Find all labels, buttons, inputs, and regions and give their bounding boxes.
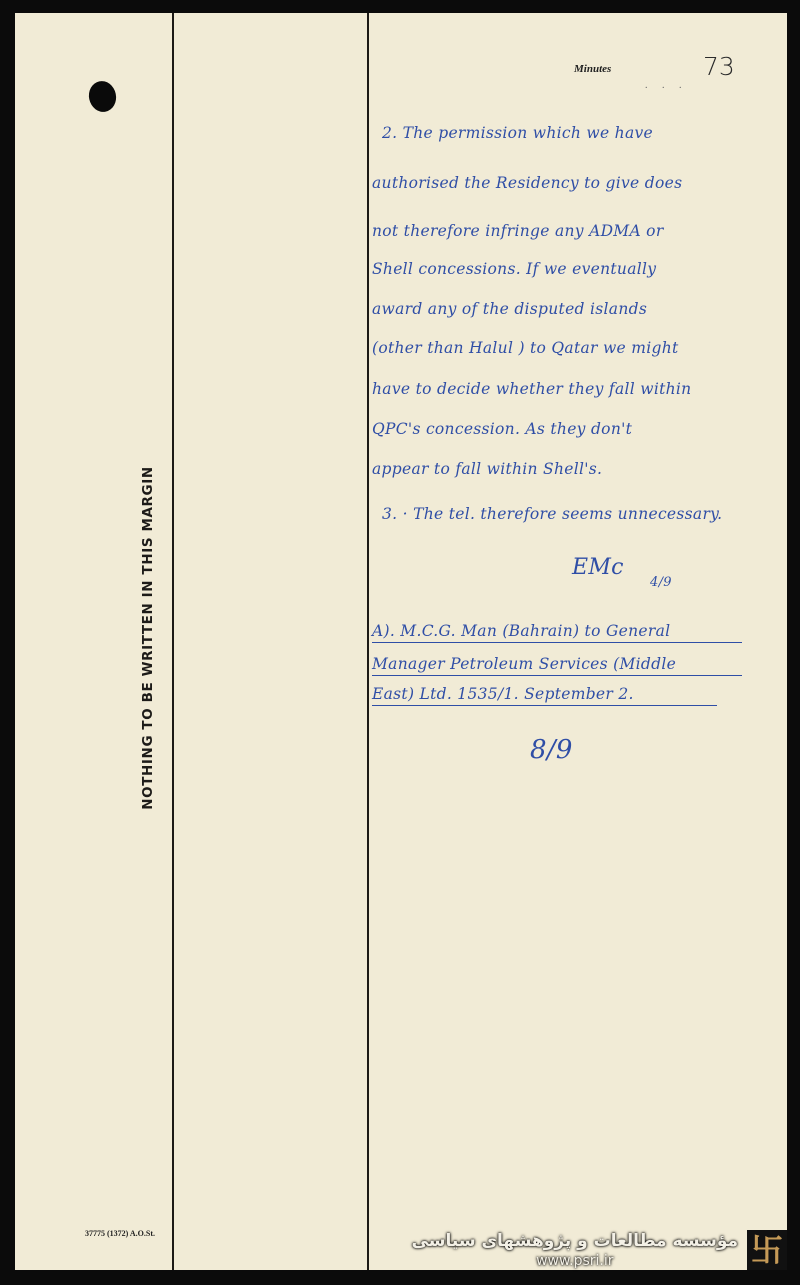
minutes-label: Minutes (574, 63, 611, 75)
handwritten-line: (other than Halul ) to Qatar we might (372, 339, 679, 357)
margin-warning: NOTHING TO BE WRITTEN IN THIS MARGIN (140, 466, 156, 810)
signature: EMc (572, 555, 624, 580)
footer-url: www.psri.ir (412, 1252, 738, 1270)
form-code: 37775 (1372) A.O.St. (85, 1229, 155, 1238)
footer-title: مؤسسه مطالعات و پژوهشهای سیاسی (412, 1230, 738, 1252)
handwritten-line: 2. The permission which we have (382, 124, 653, 142)
handwritten-line: not therefore infringe any ADMA or (372, 222, 664, 240)
reference-line: Manager Petroleum Services (Middle (372, 655, 742, 676)
handwritten-line: have to decide whether they fall within (372, 380, 691, 398)
punch-hole (86, 79, 119, 115)
signature-date: 4/9 (650, 575, 672, 590)
reference-line: A). M.C.G. Man (Bahrain) to General (372, 622, 742, 643)
page-number: 73 (703, 52, 735, 81)
footer-watermark: مؤسسه مطالعات و پژوهشهای سیاسی www.psri.… (412, 1230, 738, 1270)
handwritten-line: award any of the disputed islands (372, 300, 647, 318)
handwritten-line: authorised the Residency to give does (372, 174, 682, 192)
psri-logo-icon: 卐 (747, 1230, 787, 1270)
handwritten-line: appear to fall within Shell's. (372, 460, 602, 478)
margin-rule-right (367, 13, 369, 1270)
handwritten-line: QPC's concession. As they don't (372, 420, 632, 438)
header-dots: . . . (645, 80, 688, 91)
initials: 8/9 (530, 735, 573, 765)
handwritten-line: Shell concessions. If we eventually (372, 260, 656, 278)
handwritten-line: 3. · The tel. therefore seems unnecessar… (382, 505, 722, 523)
reference-line: East) Ltd. 1535/1. September 2. (372, 685, 717, 706)
margin-rule-left (172, 13, 174, 1270)
